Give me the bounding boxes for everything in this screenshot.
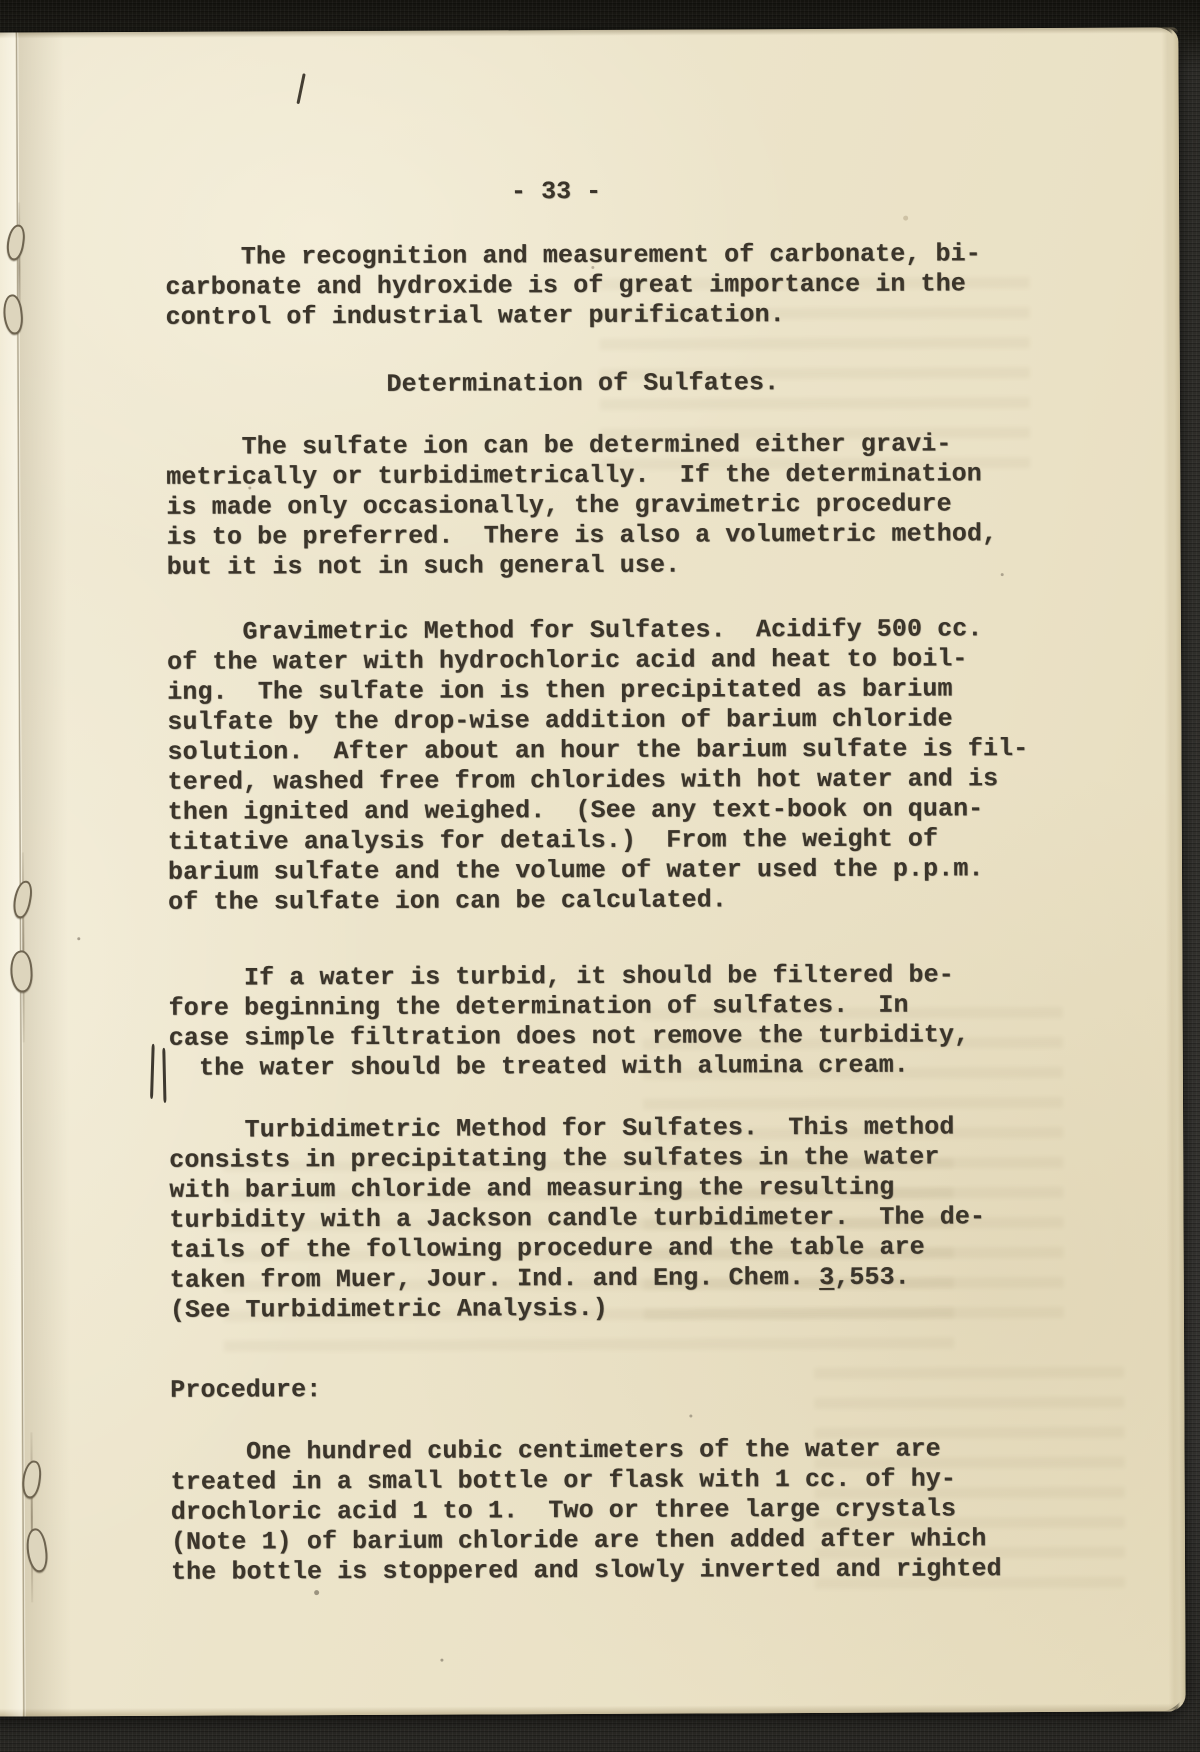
text-line: is made only occasionally, the gravimetr… — [166, 489, 1026, 523]
section-heading-determination-of-sulfates: Determination of Sulfates. — [163, 367, 1003, 401]
text-line: metrically or turbidimetrically. If the … — [166, 459, 1026, 493]
text-line: treated in a small bottle or flask with … — [171, 1464, 1031, 1498]
text-line: If a water is turbid, it should be filte… — [168, 960, 1028, 994]
text-line: One hundred cubic centimeters of the wat… — [170, 1434, 1030, 1468]
text-line: control of industrial water purification… — [166, 299, 1026, 333]
paragraph-intro: The recognition and measurement of carbo… — [165, 239, 1025, 333]
text-line: of the water with hydrochloric acid and … — [167, 644, 1027, 678]
text-line: The recognition and measurement of carbo… — [165, 239, 1025, 273]
text-line: of the sulfate ion can be calculated. — [168, 884, 1028, 918]
text-line: Turbidimetric Method for Sulfates. This … — [169, 1112, 1029, 1146]
procedure-label: Procedure: — [170, 1372, 1030, 1406]
text-line: with barium chloride and measuring the r… — [169, 1172, 1029, 1206]
text-line: is to be preferred. There is also a volu… — [166, 519, 1026, 553]
text-line: the water should be treated with alumina… — [169, 1050, 1029, 1084]
text-line: taken from Muer, Jour. Ind. and Eng. Che… — [170, 1262, 1030, 1296]
paragraph-procedure-steps: One hundred cubic centimeters of the wat… — [170, 1434, 1031, 1588]
text-line: barium sulfate and the volume of water u… — [168, 854, 1028, 888]
text-line: case simple filtration does not remove t… — [169, 1020, 1029, 1054]
text-line: sulfate by the drop-wise addition of bar… — [167, 704, 1027, 738]
underlined-citation-volume: 3 — [819, 1263, 834, 1292]
text-line: Determination of Sulfates. — [163, 367, 1003, 401]
text-line: titative analysis for details.) From the… — [168, 824, 1028, 858]
text-line: the bottle is stoppered and slowly inver… — [171, 1554, 1031, 1588]
text-line: fore beginning the determination of sulf… — [169, 990, 1029, 1024]
scanned-document-photo: { "page": { "header": "- 33 -", "heading… — [0, 0, 1200, 1752]
text-line: but it is not in such general use. — [167, 549, 1027, 583]
paragraph-turbidimetric-method: Turbidimetric Method for Sulfates. This … — [169, 1112, 1030, 1326]
text-line: Gravimetric Method for Sulfates. Acidify… — [167, 614, 1027, 648]
text-line: drochloric acid 1 to 1. Two or three lar… — [171, 1494, 1031, 1528]
text-line: (Note 1) of barium chloride are then add… — [171, 1524, 1031, 1558]
text-line: tered, washed free from chlorides with h… — [168, 764, 1028, 798]
text-line: (See Turbidimetric Analysis.) — [170, 1292, 1030, 1326]
paragraph-gravimetric-method: Gravimetric Method for Sulfates. Acidify… — [167, 614, 1028, 918]
text-line: Procedure: — [170, 1372, 1030, 1406]
notebook-page: - 33 - The recognition and measurement o… — [0, 27, 1186, 1716]
paragraph-sulfate-ion-methods: The sulfate ion can be determined either… — [166, 429, 1027, 583]
text-line: tails of the following procedure and the… — [170, 1232, 1030, 1266]
page-number: - 33 - — [511, 177, 601, 207]
text-line: then ignited and weighed. (See any text-… — [168, 794, 1028, 828]
text-line: The sulfate ion can be determined either… — [166, 429, 1026, 463]
text-line: ing. The sulfate ion is then precipitate… — [167, 674, 1027, 708]
typewritten-text-layer: - 33 - The recognition and measurement o… — [0, 27, 1186, 1716]
text-line: consists in precipitating the sulfates i… — [169, 1142, 1029, 1176]
text-line: solution. After about an hour the barium… — [167, 734, 1027, 768]
text-line: carbonate and hydroxide is of great impo… — [165, 269, 1025, 303]
text-line: turbidity with a Jackson candle turbidim… — [169, 1202, 1029, 1236]
paragraph-turbid-water-filtering: If a water is turbid, it should be filte… — [168, 960, 1029, 1084]
